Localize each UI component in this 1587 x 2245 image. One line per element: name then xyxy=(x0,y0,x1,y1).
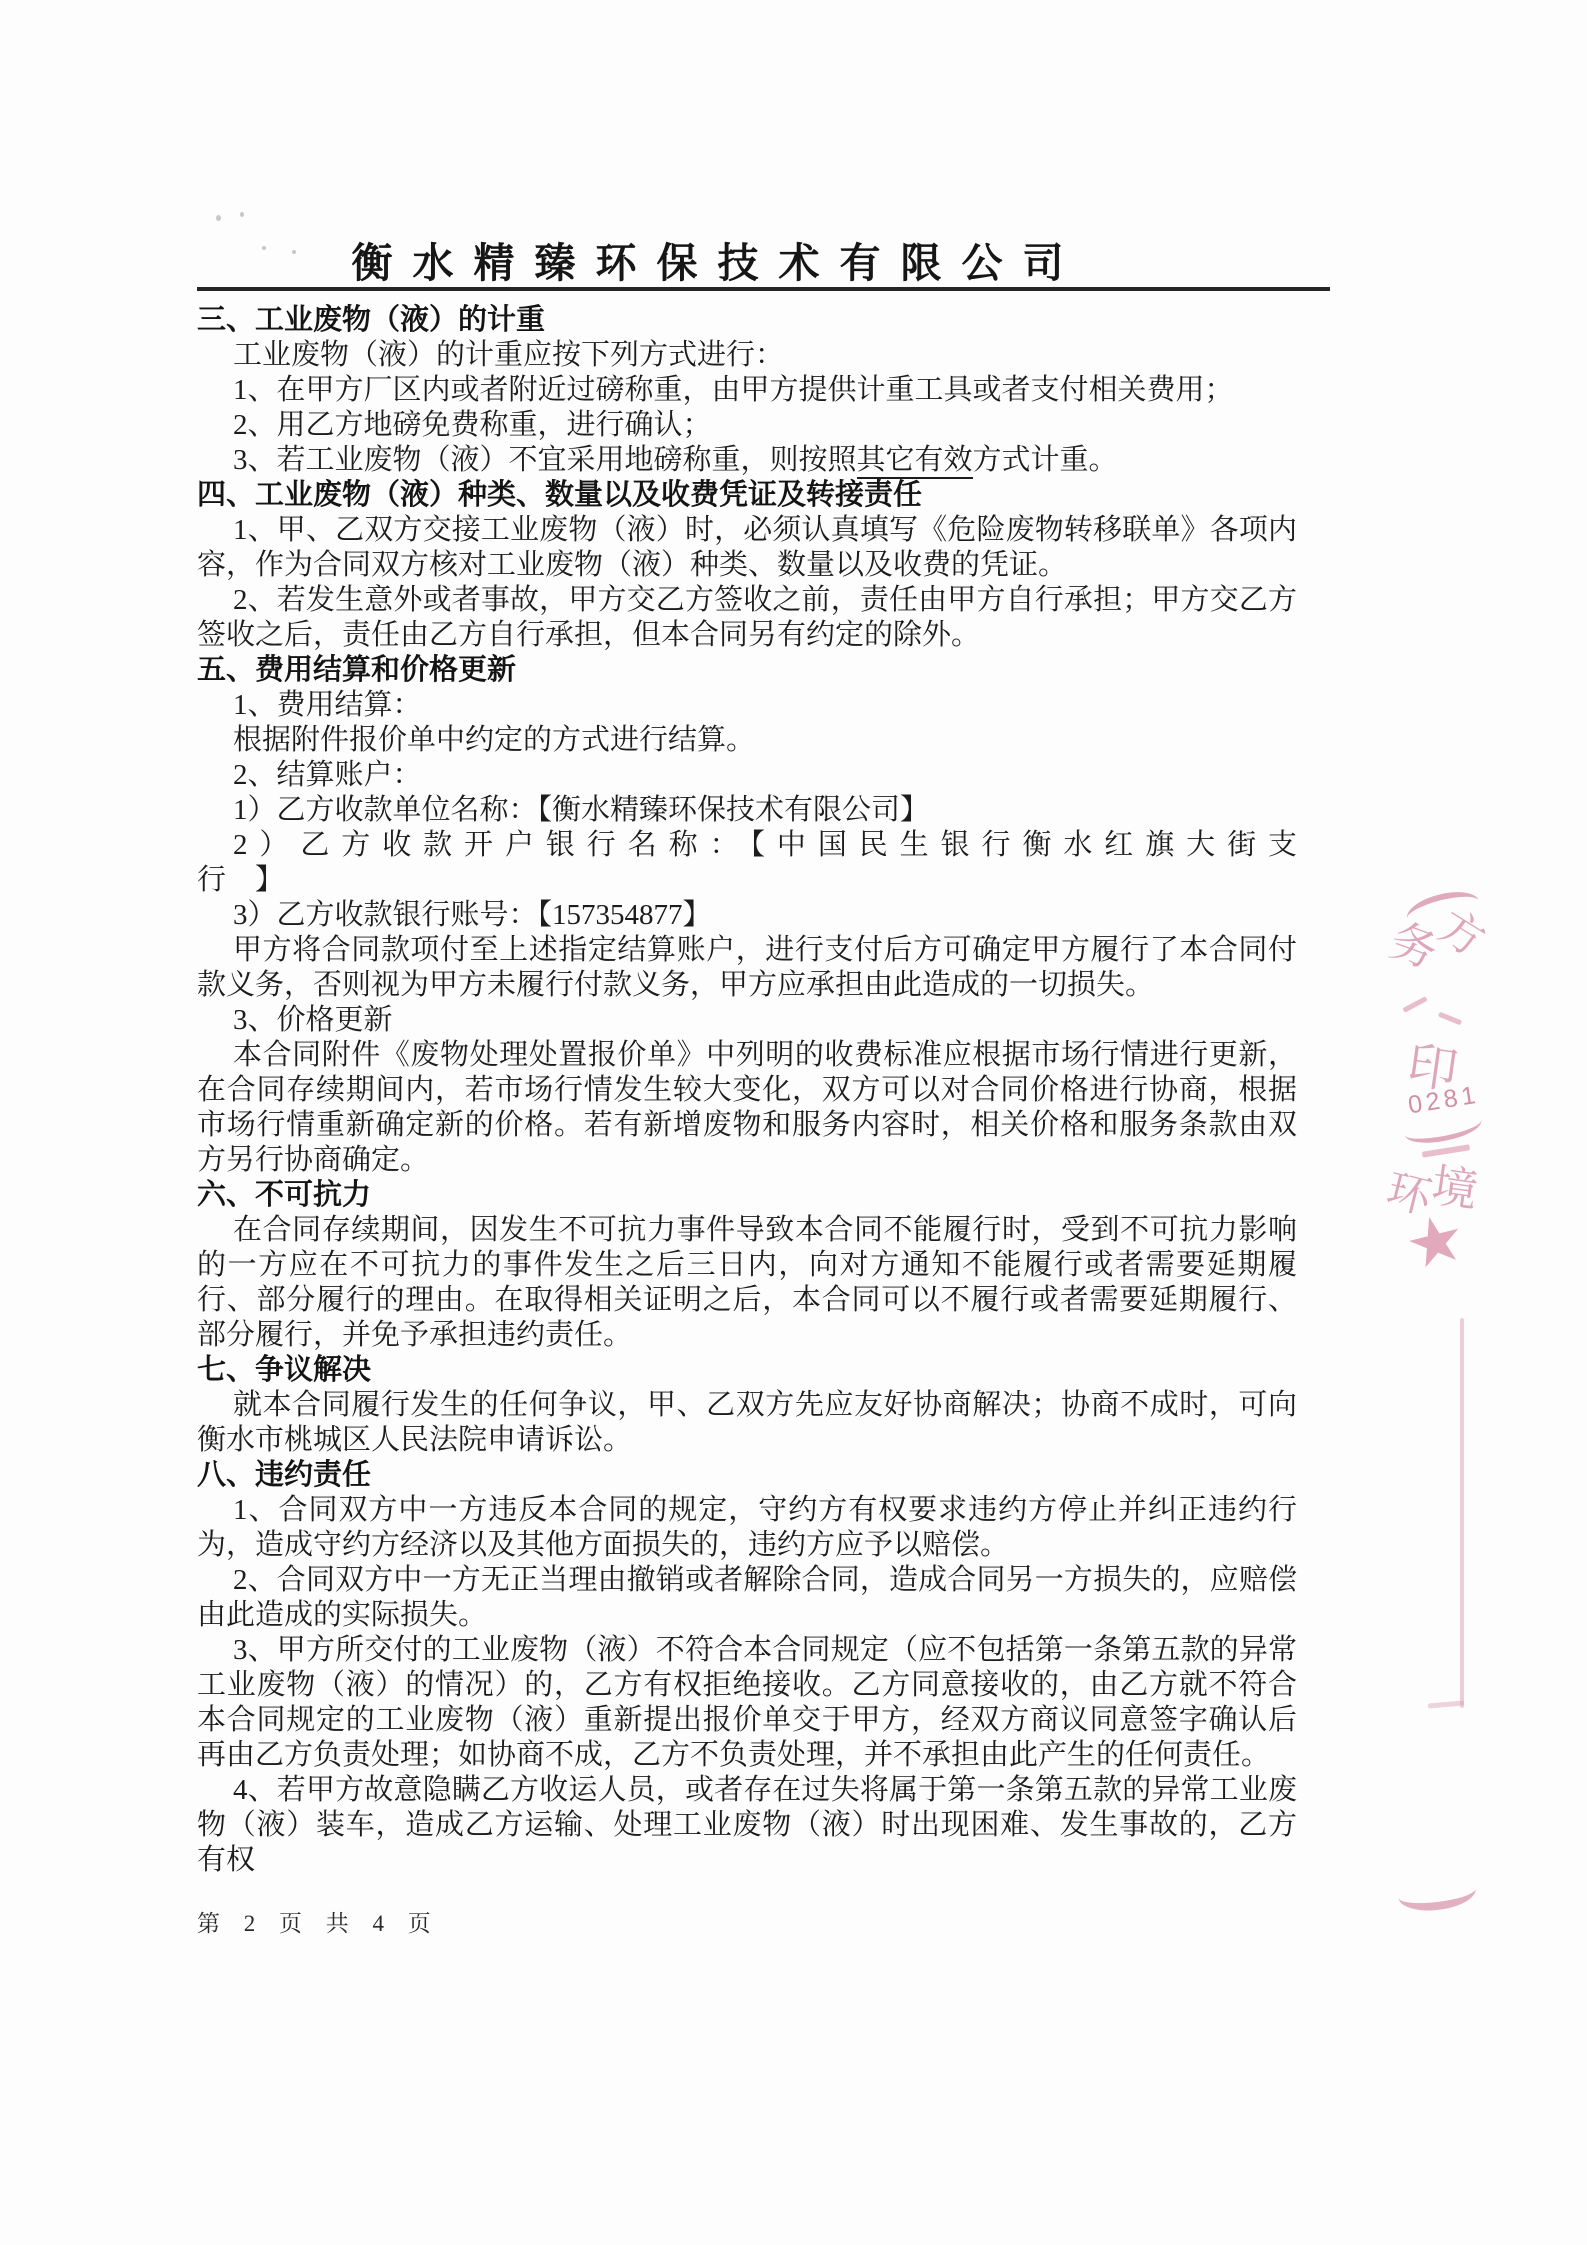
section-heading: 三、工业废物（液）的计重 xyxy=(197,303,1297,338)
paragraph-text: 方式计重。 xyxy=(973,444,1118,476)
contract-paragraph: 3、若工业废物（液）不宜采用地磅称重，则按照其它有效方式计重。 xyxy=(197,443,1297,478)
contract-paragraph: 3）乙方收款银行账号：【157354877】 xyxy=(197,898,1297,933)
company-header-title: 衡水精臻环保技术有限公司 xyxy=(150,230,1285,289)
contract-paragraph: 2、若发生意外或者事故，甲方交乙方签收之前，责任由甲方自行承担；甲方交乙方签收之… xyxy=(197,583,1297,653)
contract-page: 衡水精臻环保技术有限公司 三、工业废物（液）的计重工业废物（液）的计重应按下列方… xyxy=(0,0,1587,2245)
contract-paragraph: 2、用乙方地磅免费称重，进行确认； xyxy=(197,408,1297,443)
scan-speck xyxy=(262,246,266,250)
contract-paragraph: 行 】 xyxy=(197,863,1297,898)
contract-paragraph: 2、结算账户： xyxy=(197,758,1297,793)
seal-mark xyxy=(1402,996,1427,1013)
contract-paragraph: 工业废物（液）的计重应按下列方式进行： xyxy=(197,338,1297,373)
page-number-footer: 第 2 页 共 4 页 xyxy=(197,1905,440,1938)
paragraph-text: 3、若工业废物（液）不宜采用地磅称重，则按照 xyxy=(233,444,857,476)
seal-mark xyxy=(1438,1012,1462,1026)
scan-speck xyxy=(216,215,221,221)
contract-paragraph: 就本合同履行发生的任何争议，甲、乙双方先应友好协商解决；协商不成时，可向衡水市桃… xyxy=(197,1388,1297,1458)
contract-paragraph: 1、合同双方中一方违反本合同的规定，守约方有权要求违约方停止并纠正违约行为，造成… xyxy=(197,1493,1297,1563)
section-heading: 五、费用结算和价格更新 xyxy=(197,653,1297,688)
underlined-term: 其它有效 xyxy=(857,444,973,479)
seal-arc xyxy=(1396,1871,1478,1914)
section-heading: 六、不可抗力 xyxy=(197,1178,1297,1213)
contract-paragraph: 2、合同双方中一方无正当理由撤销或者解除合同，造成合同另一方损失的，应赔偿由此造… xyxy=(197,1563,1297,1633)
contract-paragraph: 1、费用结算： xyxy=(197,688,1297,723)
contract-paragraph: 1）乙方收款单位名称：【衡水精臻环保技术有限公司】 xyxy=(197,793,1297,828)
contract-paragraph: 在合同存续期间，因发生不可抗力事件导致本合同不能履行时，受到不可抗力影响的一方应… xyxy=(197,1213,1297,1353)
contract-paragraph: 1、甲、乙双方交接工业废物（液）时，必须认真填写《危险废物转移联单》各项内容，作… xyxy=(197,513,1297,583)
contract-paragraph: 甲方将合同款项付至上述指定结算账户，进行支付后方可确定甲方履行了本合同付款义务，… xyxy=(197,933,1297,1003)
contract-paragraph: 根据附件报价单中约定的方式进行结算。 xyxy=(197,723,1297,758)
seal-mark xyxy=(1428,1700,1464,1708)
scan-speck xyxy=(292,250,296,254)
section-heading: 八、违约责任 xyxy=(197,1458,1297,1493)
contract-paragraph: 1、在甲方厂区内或者附近过磅称重，由甲方提供计重工具或者支付相关费用； xyxy=(197,373,1297,408)
seal-vertical-line xyxy=(1460,1318,1464,1708)
contract-paragraph: 2）乙方收款开户银行名称：【中国民生银行衡水红旗大街支 xyxy=(197,828,1297,863)
contract-paragraph: 3、甲方所交付的工业废物（液）不符合本合同规定（应不包括第一条第五款的异常工业废… xyxy=(197,1633,1297,1773)
section-heading: 四、工业废物（液）种类、数量以及收费凭证及转接责任 xyxy=(197,478,1297,513)
contract-paragraph: 本合同附件《废物处理处置报价单》中列明的收费标准应根据市场行情进行更新，在合同存… xyxy=(197,1038,1297,1178)
cross-page-seal-fragment: 务 方 印 0281 环 境 ★ xyxy=(1380,870,1540,1940)
contract-body: 三、工业废物（液）的计重工业废物（液）的计重应按下列方式进行：1、在甲方厂区内或… xyxy=(197,303,1297,1878)
contract-paragraph: 3、价格更新 xyxy=(197,1003,1297,1038)
contract-paragraph: 4、若甲方故意隐瞒乙方收运人员，或者存在过失将属于第一条第五款的异常工业废物（液… xyxy=(197,1773,1297,1878)
scan-speck xyxy=(240,212,244,217)
section-heading: 七、争议解决 xyxy=(197,1353,1297,1388)
header-divider-line xyxy=(197,287,1330,291)
